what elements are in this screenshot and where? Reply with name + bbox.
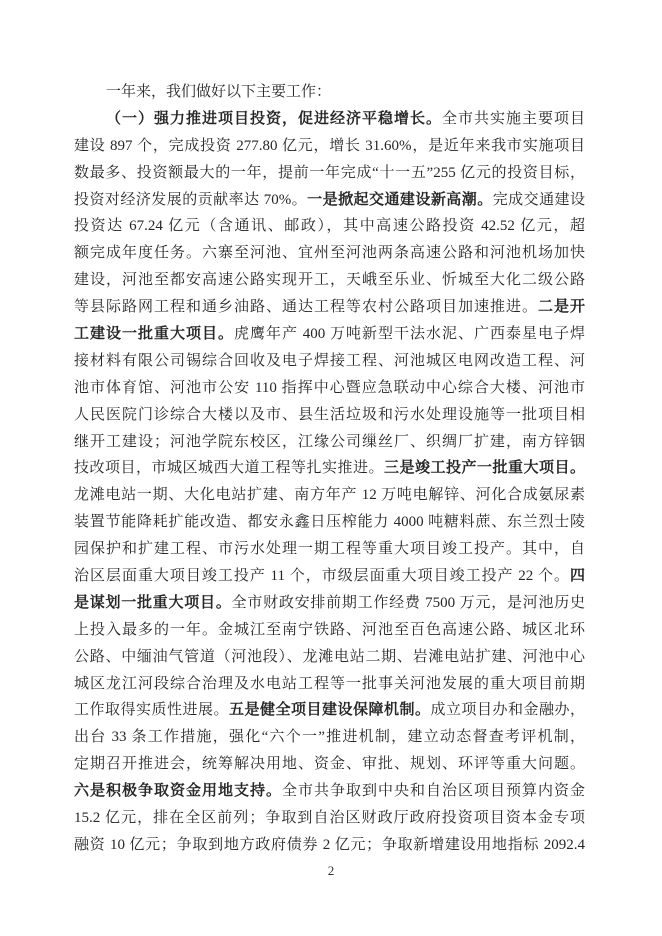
text-line: 建设，河池至都安高速公路实现开工，天峨至乐业、忻城至大化二级公路 xyxy=(74,267,585,294)
text-segment: 融资 10 亿元；争取到地方政府债券 2 亿元；争取新增建设用地指标 2092.… xyxy=(74,837,585,853)
document-body: 一年来，我们做好以下主要工作：（一）强力推进项目投资，促进经济平稳增长。全市共实… xyxy=(74,79,585,859)
text-segment: 成立项目办和金融办， xyxy=(430,702,585,718)
text-line: 投资达 67.24 亿元（含通讯、邮政），其中高速公路投资 42.52 亿元，超 xyxy=(74,213,585,240)
text-line: 等县际路网工程和通乡油路、通达工程等农村公路项目加速推进。二是开 xyxy=(74,294,585,321)
page-number: 2 xyxy=(0,863,662,879)
text-line: 城区龙江河段综合治理及水电站工程等一批事关河池发展的重大项目前期 xyxy=(74,671,585,698)
text-line: 治区层面重大项目竣工投产 11 个，市级层面重大项目竣工投产 22 个。四 xyxy=(74,563,585,590)
text-line: （一）强力推进项目投资，促进经济平稳增长。全市共实施主要项目 xyxy=(74,106,585,133)
text-segment: 投资对经济发展的贡献率达 70%。 xyxy=(74,192,307,208)
bold-text-segment: 是谋划一批重大项目。 xyxy=(74,595,232,611)
text-line: 公路、中缅油气管道（河池段）、龙滩电站二期、岩滩电站扩建、河池中心 xyxy=(74,644,585,671)
text-segment: 额完成年度任务。六寨至河池、宜州至河池两条高速公路和河池机场加快 xyxy=(74,245,585,261)
text-line: 工作取得实质性进展。五是健全项目建设保障机制。成立项目办和金融办， xyxy=(74,697,585,724)
text-segment: 治区层面重大项目竣工投产 11 个，市级层面重大项目竣工投产 22 个。 xyxy=(74,568,570,584)
text-segment: 一年来，我们做好以下主要工作： xyxy=(106,84,331,100)
bold-text-segment: 三是竣工投产一批重大项目。 xyxy=(384,460,585,476)
text-segment: 全市共实施主要项目 xyxy=(442,111,585,127)
text-segment: 完成交通建设 xyxy=(493,192,585,208)
text-line: 园保护和扩建工程、市污水处理一期工程等重大项目竣工投产。其中，自 xyxy=(74,536,585,563)
text-segment: 全市财政安排前期工作经费 7500 万元，是河池历史 xyxy=(232,595,585,611)
text-line: 龙滩电站一期、大化电站扩建、南方年产 12 万吨电解锌、河化合成氨尿素 xyxy=(74,482,585,509)
text-line: 上投入最多的一年。金城江至南宁铁路、河池至百色高速公路、城区北环 xyxy=(74,617,585,644)
document-page: 一年来，我们做好以下主要工作：（一）强力推进项目投资，促进经济平稳增长。全市共实… xyxy=(0,0,662,936)
text-segment: 工作取得实质性进展。 xyxy=(74,702,229,718)
text-segment: 数最多、投资额最大的一年，提前一年完成“十一五”255 亿元的投资目标， xyxy=(74,165,585,181)
text-segment: 技改项目，市城区城西大道工程等扎实推进。 xyxy=(74,460,384,476)
text-segment: 全市共争取到中央和自治区项目预算内资金 xyxy=(282,783,585,799)
text-segment: 公路、中缅油气管道（河池段）、龙滩电站二期、岩滩电站扩建、河池中心 xyxy=(74,649,585,665)
text-line: 投资对经济发展的贡献率达 70%。一是掀起交通建设新高潮。完成交通建设 xyxy=(74,187,585,214)
text-line: 出台 33 条工作措施，强化“六个一”推进机制，建立动态督查考评机制， xyxy=(74,724,585,751)
text-segment: 龙滩电站一期、大化电站扩建、南方年产 12 万吨电解锌、河化合成氨尿素 xyxy=(74,487,585,503)
text-line: 六是积极争取资金用地支持。全市共争取到中央和自治区项目预算内资金 xyxy=(74,778,585,805)
bold-text-segment: 一是掀起交通建设新高潮。 xyxy=(307,192,493,208)
text-line: 装置节能降耗扩能改造、都安永鑫日压榨能力 4000 吨糖料蔗、东兰烈士陵 xyxy=(74,509,585,536)
text-segment: 装置节能降耗扩能改造、都安永鑫日压榨能力 4000 吨糖料蔗、东兰烈士陵 xyxy=(74,514,585,530)
bold-text-segment: 二是开 xyxy=(538,299,585,315)
text-line: 池市体育馆、河池市公安 110 指挥中心暨应急联动中心综合大楼、河池市 xyxy=(74,375,585,402)
text-line: 是谋划一批重大项目。全市财政安排前期工作经费 7500 万元，是河池历史 xyxy=(74,590,585,617)
text-segment: 上投入最多的一年。金城江至南宁铁路、河池至百色高速公路、城区北环 xyxy=(74,622,585,638)
bold-text-segment: 工建设一批重大项目。 xyxy=(74,326,234,342)
text-line: 接材料有限公司锡综合回收及电子焊接工程、河池城区电网改造工程、河 xyxy=(74,348,585,375)
text-segment: 等县际路网工程和通乡油路、通达工程等农村公路项目加速推进。 xyxy=(74,299,538,315)
text-segment: 继开工建设；河池学院东校区，江缘公司缫丝厂、织绸厂扩建，南方锌铟 xyxy=(74,434,585,450)
text-segment: 建设，河池至都安高速公路实现开工，天峨至乐业、忻城至大化二级公路 xyxy=(74,272,585,288)
bold-text-segment: 六是积极争取资金用地支持。 xyxy=(74,783,282,799)
text-line: 15.2 亿元，排在全区前列；争取到自治区财政厅政府投资项目资本金专项 xyxy=(74,805,585,832)
text-line: 技改项目，市城区城西大道工程等扎实推进。三是竣工投产一批重大项目。 xyxy=(74,455,585,482)
text-segment: 出台 33 条工作措施，强化“六个一”推进机制，建立动态督查考评机制， xyxy=(74,729,585,745)
text-line: 工建设一批重大项目。虎鹰年产 400 万吨新型干法水泥、广西泰星电子焊 xyxy=(74,321,585,348)
text-line: 额完成年度任务。六寨至河池、宜州至河池两条高速公路和河池机场加快 xyxy=(74,240,585,267)
text-segment: 虎鹰年产 400 万吨新型干法水泥、广西泰星电子焊 xyxy=(234,326,585,342)
text-segment: 池市体育馆、河池市公安 110 指挥中心暨应急联动中心综合大楼、河池市 xyxy=(74,380,585,396)
text-segment: 园保护和扩建工程、市污水处理一期工程等重大项目竣工投产。其中，自 xyxy=(74,541,585,557)
bold-text-segment: （一）强力推进项目投资，促进经济平稳增长。 xyxy=(106,111,442,127)
text-segment: 接材料有限公司锡综合回收及电子焊接工程、河池城区电网改造工程、河 xyxy=(74,353,585,369)
text-line: 融资 10 亿元；争取到地方政府债券 2 亿元；争取新增建设用地指标 2092.… xyxy=(74,832,585,859)
bold-text-segment: 五是健全项目建设保障机制。 xyxy=(229,702,430,718)
text-segment: 投资达 67.24 亿元（含通讯、邮政），其中高速公路投资 42.52 亿元，超 xyxy=(74,218,585,234)
text-line: 继开工建设；河池学院东校区，江缘公司缫丝厂、织绸厂扩建，南方锌铟 xyxy=(74,429,585,456)
text-segment: 15.2 亿元，排在全区前列；争取到自治区财政厅政府投资项目资本金专项 xyxy=(74,810,585,826)
text-line: 建设 897 个，完成投资 277.80 亿元，增长 31.60%，是近年来我市… xyxy=(74,133,585,160)
text-segment: 城区龙江河段综合治理及水电站工程等一批事关河池发展的重大项目前期 xyxy=(74,676,585,692)
text-segment: 建设 897 个，完成投资 277.80 亿元，增长 31.60%，是近年来我市… xyxy=(74,138,585,154)
text-line: 定期召开推进会，统筹解决用地、资金、审批、规划、环评等重大问题。 xyxy=(74,751,585,778)
text-line: 人民医院门诊综合大楼以及市、县生活垃圾和污水处理设施等一批项目相 xyxy=(74,402,585,429)
text-segment: 定期召开推进会，统筹解决用地、资金、审批、规划、环评等重大问题。 xyxy=(74,756,585,772)
text-line: 数最多、投资额最大的一年，提前一年完成“十一五”255 亿元的投资目标， xyxy=(74,160,585,187)
bold-text-segment: 四 xyxy=(570,568,585,584)
text-line: 一年来，我们做好以下主要工作： xyxy=(74,79,585,106)
text-segment: 人民医院门诊综合大楼以及市、县生活垃圾和污水处理设施等一批项目相 xyxy=(74,407,585,423)
